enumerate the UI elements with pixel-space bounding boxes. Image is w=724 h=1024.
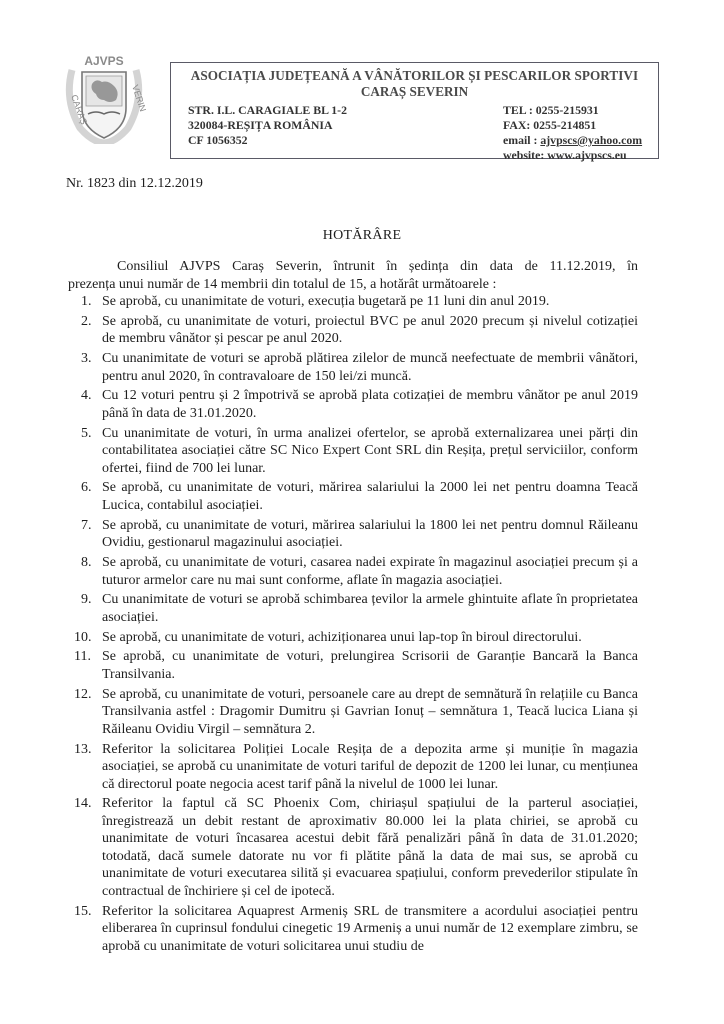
decision-text: Referitor la solicitarea Poliției Locale… xyxy=(102,742,638,792)
decision-item: 10.Se aprobă, cu unanimitate de voturi, … xyxy=(68,629,638,647)
decision-item: 9.Cu unanimitate de voturi se aprobă sch… xyxy=(68,591,638,626)
address-street: STR. I.L. CARAGIALE BL 1-2 xyxy=(188,103,347,118)
hunting-association-crest-icon: AJVPS CARAȘ VERIN xyxy=(62,50,146,144)
decision-item: 4.Cu 12 voturi pentru și 2 împotrivă se … xyxy=(68,387,638,422)
contact-block: TEL : 0255-215931 FAX: 0255-214851 email… xyxy=(503,103,642,163)
email-link[interactable]: ajvpscs@yahoo.com xyxy=(540,133,642,147)
decision-item: 15.Referitor la solicitarea Aquaprest Ar… xyxy=(68,903,638,956)
intro-line-1: Consiliul AJVPS Caraș Severin, întrunit … xyxy=(68,258,638,276)
decision-text: Cu unanimitate de voturi se aprobă schim… xyxy=(102,592,638,625)
decision-text: Se aprobă, cu unanimitate de voturi, măr… xyxy=(102,518,638,551)
fax-number: FAX: 0255-214851 xyxy=(503,118,642,133)
decision-text: Se aprobă, cu unanimitate de voturi, ach… xyxy=(102,630,582,645)
decision-text: Se aprobă, cu unanimitate de voturi, măr… xyxy=(102,480,638,513)
fiscal-code: CF 1056352 xyxy=(188,133,347,148)
document-title: HOTĂRÂRE xyxy=(0,228,724,244)
decisions-list: 1.Se aprobă, cu unanimitate de voturi, e… xyxy=(68,293,638,957)
organization-name: ASOCIAȚIA JUDEȚEANĂ A VÂNĂTORILOR ȘI PES… xyxy=(171,68,658,84)
decision-text: Referitor la solicitarea Aquaprest Armen… xyxy=(102,904,638,954)
decision-text: Se aprobă, cu unanimitate de voturi, exe… xyxy=(102,294,549,309)
decision-text: Cu unanimitate de voturi, în urma analiz… xyxy=(102,426,638,476)
decision-item: 6.Se aprobă, cu unanimitate de voturi, m… xyxy=(68,479,638,514)
letterhead-box: ASOCIAȚIA JUDEȚEANĂ A VÂNĂTORILOR ȘI PES… xyxy=(170,62,659,159)
decision-item: 3.Cu unanimitate de voturi se aprobă plă… xyxy=(68,350,638,385)
decision-item: 1.Se aprobă, cu unanimitate de voturi, e… xyxy=(68,293,638,311)
phone-number: TEL : 0255-215931 xyxy=(503,103,642,118)
decision-item: 12.Se aprobă, cu unanimitate de voturi, … xyxy=(68,686,638,739)
svg-text:AJVPS: AJVPS xyxy=(84,54,123,68)
decision-text: Se aprobă, cu unanimitate de voturi, cas… xyxy=(102,555,638,588)
email-line: email : ajvpscs@yahoo.com xyxy=(503,133,642,148)
website-line: website: www.ajvpscs.eu xyxy=(503,148,642,163)
decision-text: Cu 12 voturi pentru și 2 împotrivă se ap… xyxy=(102,388,638,421)
decision-text: Se aprobă, cu unanimitate de voturi, pre… xyxy=(102,649,638,682)
decision-text: Cu unanimitate de voturi se aprobă plăti… xyxy=(102,351,638,384)
email-label: email : xyxy=(503,133,540,147)
address-block: STR. I.L. CARAGIALE BL 1-2 320084-REȘIȚA… xyxy=(188,103,347,148)
decision-item: 14.Referitor la faptul că SC Phoenix Com… xyxy=(68,795,638,900)
intro-paragraph: Consiliul AJVPS Caraș Severin, întrunit … xyxy=(68,258,638,293)
decision-text: Referitor la faptul că SC Phoenix Com, c… xyxy=(102,796,638,899)
decision-item: 5.Cu unanimitate de voturi, în urma anal… xyxy=(68,425,638,478)
svg-text:VERIN: VERIN xyxy=(130,84,146,113)
decision-item: 2.Se aprobă, cu unanimitate de voturi, p… xyxy=(68,313,638,348)
address-city: 320084-REȘIȚA ROMÂNIA xyxy=(188,118,347,133)
organization-region: CARAȘ SEVERIN xyxy=(171,84,658,100)
decision-text: Se aprobă, cu unanimitate de voturi, pro… xyxy=(102,314,638,347)
intro-line-2: prezența unui număr de 14 membrii din to… xyxy=(68,277,496,292)
document-number: Nr. 1823 din 12.12.2019 xyxy=(66,176,203,192)
decision-item: 7.Se aprobă, cu unanimitate de voturi, m… xyxy=(68,517,638,552)
decision-item: 8.Se aprobă, cu unanimitate de voturi, c… xyxy=(68,554,638,589)
decision-text: Se aprobă, cu unanimitate de voturi, per… xyxy=(102,687,638,737)
decision-item: 13.Referitor la solicitarea Poliției Loc… xyxy=(68,741,638,794)
association-logo: AJVPS CARAȘ VERIN xyxy=(62,50,146,144)
decision-item: 11.Se aprobă, cu unanimitate de voturi, … xyxy=(68,648,638,683)
